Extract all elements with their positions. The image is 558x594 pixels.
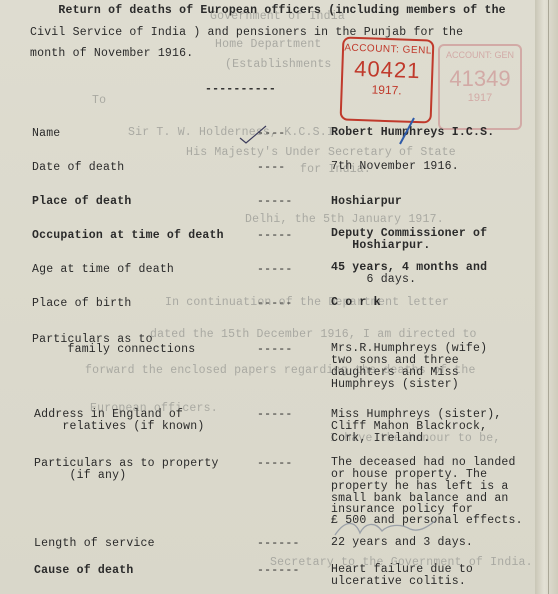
- bleed-text: Home Department: [215, 38, 322, 51]
- label-place-of-death: Place of death: [32, 195, 131, 208]
- label-occupation: Occupation at time of death: [32, 229, 224, 242]
- dashes: -----: [257, 408, 293, 421]
- stamp-number: 40421: [343, 55, 432, 84]
- heading-line-3: month of November 1916.: [30, 47, 193, 60]
- bleed-text: To: [92, 94, 106, 107]
- check-mark-icon: [238, 124, 268, 144]
- heading-line-2: Civil Service of India ) and pensioners …: [30, 26, 463, 39]
- bleed-text: Delhi, the 5th January 1917.: [245, 213, 444, 226]
- label-name: Name: [32, 127, 60, 140]
- label-family-2: family connections: [32, 343, 195, 356]
- value-place-of-birth: C o r k: [331, 296, 381, 309]
- blue-pencil-mark-icon: [390, 116, 420, 146]
- page-edge: [535, 0, 558, 594]
- value-age-2: 6 days.: [331, 273, 416, 286]
- accounts-general-stamp: ACCOUNT: GENL 40421 1917.: [340, 36, 435, 123]
- dashes: -----: [257, 297, 293, 310]
- faded-signature-icon: [330, 515, 440, 540]
- dashes: -----: [257, 229, 293, 242]
- value-date-of-death: 7th November 1916.: [331, 160, 459, 173]
- label-age: Age at time of death: [32, 263, 174, 276]
- dashes: ------: [257, 537, 300, 550]
- label-date-of-death: Date of death: [32, 161, 124, 174]
- dashes: ------: [257, 564, 300, 577]
- bleed-text: In continuation of the Department letter: [165, 296, 449, 309]
- value-place-of-death: Hoshiarpur: [331, 195, 402, 208]
- label-length-of-service: Length of service: [34, 537, 155, 550]
- dashes: ----: [257, 161, 285, 174]
- dashes: -----: [257, 457, 293, 470]
- value-address-3: Cork, Ireland.: [331, 432, 430, 445]
- page-edge-line: [548, 0, 549, 594]
- separator-rule: ----------: [205, 83, 276, 96]
- stamp-header: ACCOUNT: GENL: [344, 42, 432, 56]
- value-family-4: Humphreys (sister): [331, 378, 459, 391]
- faded-accounts-stamp: ACCOUNT: GEN 41349 1917: [438, 44, 522, 130]
- bleed-text: (Establishments: [225, 58, 332, 71]
- dashes: -----: [257, 263, 293, 276]
- label-property-2: (if any): [34, 469, 126, 482]
- label-place-of-birth: Place of birth: [32, 297, 131, 310]
- value-cause-of-death-2: ulcerative colitis.: [331, 575, 466, 588]
- bleed-text: dated the 15th December 1916, I am direc…: [150, 328, 477, 341]
- dashes: -----: [257, 343, 293, 356]
- bleed-text: His Majesty's Under Secretary of State: [186, 146, 456, 159]
- bleed-text: Sir T. W. Holderness, K.C.S.I.: [128, 126, 341, 139]
- heading-line-1: Return of deaths of European officers (i…: [30, 4, 506, 17]
- dashes: -----: [257, 195, 293, 208]
- value-occupation-2: Hoshiarpur.: [331, 239, 430, 252]
- label-cause-of-death: Cause of death: [34, 564, 133, 577]
- label-address-2: relatives (if known): [34, 420, 204, 433]
